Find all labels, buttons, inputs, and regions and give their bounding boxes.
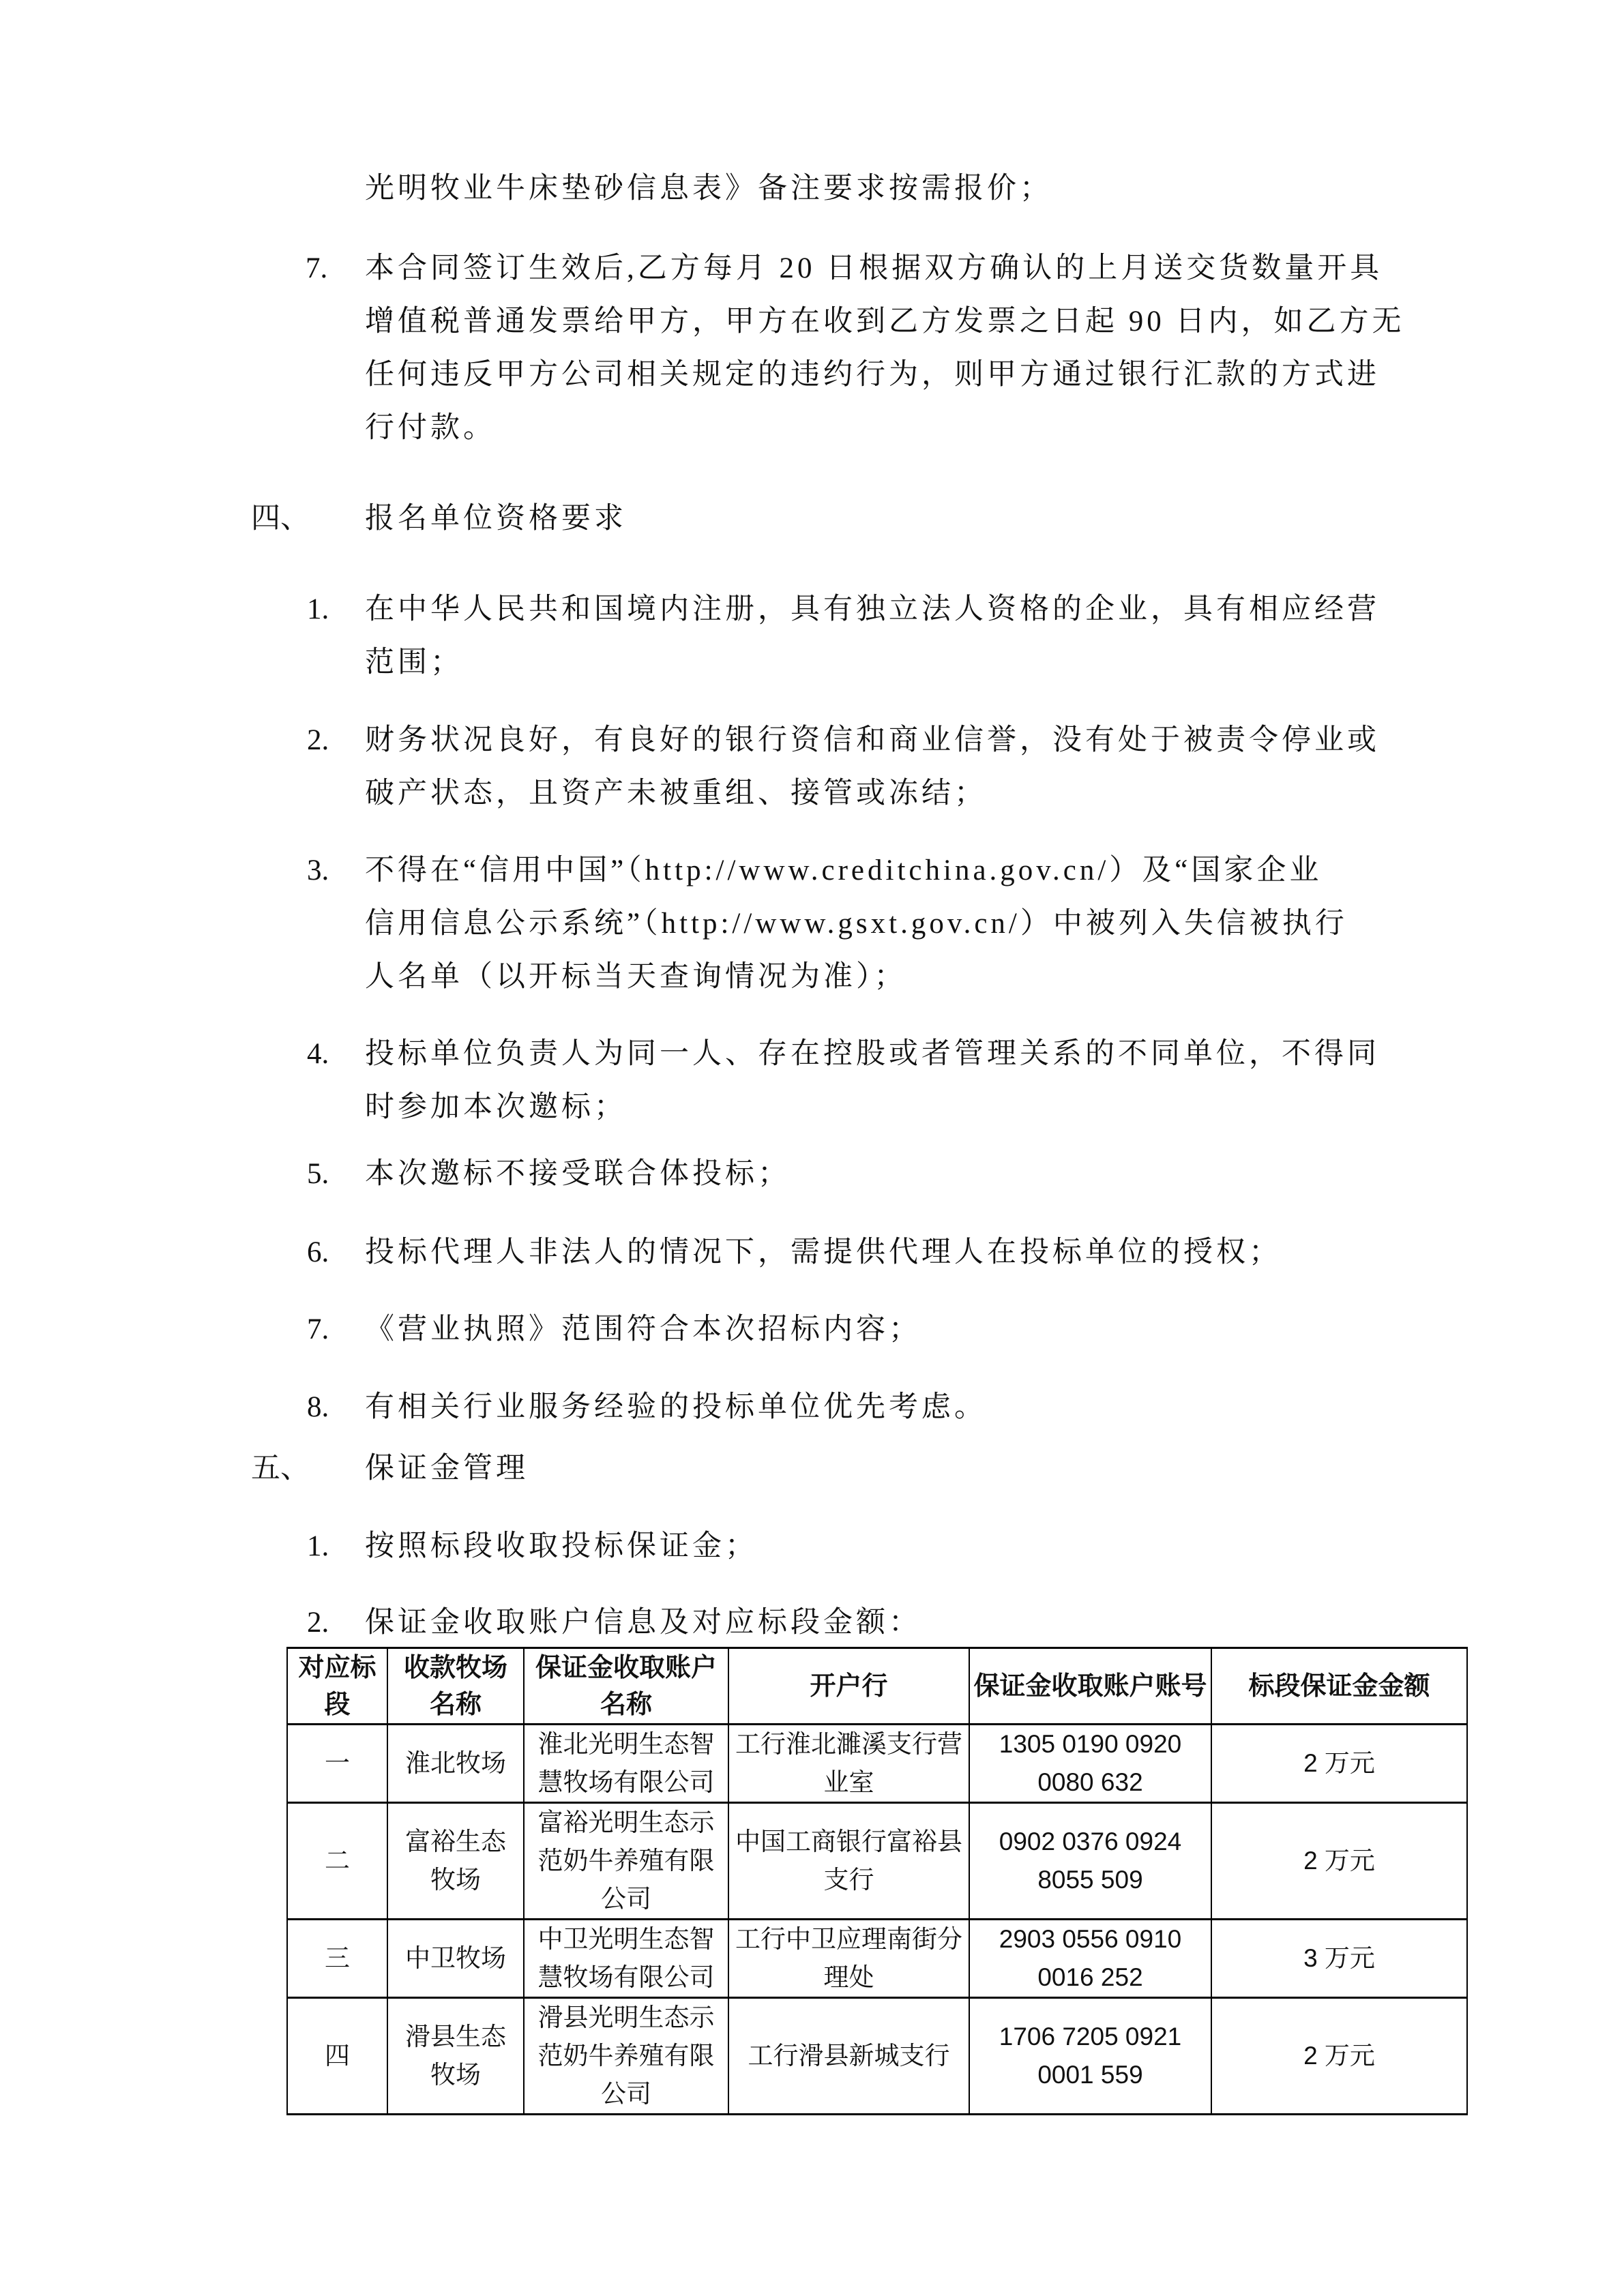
deposit-table: 对应标 段 收款牧场 名称 保证金收取账户 名称 开户行 保证金收取账户账号 标… bbox=[286, 1647, 1468, 2115]
document-page: 光明牧业牛床垫砂信息表》备注要求按需报价； 7. 本合同签订生效后,乙方每月 2… bbox=[0, 0, 1624, 2296]
s4-item-3-line-2: 信用信息公示系统”（http://www.gsxt.gov.cn/）中被列入失信… bbox=[365, 906, 1348, 942]
s4-item-6-marker: 6. bbox=[307, 1235, 329, 1270]
header-farm-name: 收款牧场 名称 bbox=[387, 1648, 524, 1725]
s4-item-2-line-1: 财务状况良好，有良好的银行资信和商业信誉，没有处于被责令停业或 bbox=[365, 723, 1380, 758]
s4-item-5-marker: 5. bbox=[307, 1157, 329, 1192]
header-segment: 对应标 段 bbox=[287, 1648, 387, 1725]
s4-item-1-line-2: 范围； bbox=[365, 645, 463, 681]
s4-item-3-line-1: 不得在“信用中国”（http://www.creditchina.gov.cn/… bbox=[365, 853, 1322, 889]
s5-item-2-line-1: 保证金收取账户信息及对应标段金额： bbox=[365, 1605, 921, 1641]
s4-item-6-line-1: 投标代理人非法人的情况下，需提供代理人在投标单位的授权； bbox=[365, 1235, 1282, 1270]
cell-account-name: 中卫光明生态智 慧牧场有限公司 bbox=[524, 1920, 728, 1998]
cell-segment: 三 bbox=[287, 1920, 387, 1998]
s4-item-8-line-1: 有相关行业服务经验的投标单位优先考虑。 bbox=[365, 1390, 987, 1425]
header-bank: 开户行 bbox=[728, 1648, 969, 1725]
cell-account-number: 2903 0556 0910 0016 252 bbox=[969, 1920, 1211, 1998]
header-account-number: 保证金收取账户账号 bbox=[969, 1648, 1211, 1725]
s4-item-2-marker: 2. bbox=[307, 723, 329, 758]
s5-item-2-marker: 2. bbox=[307, 1605, 329, 1641]
s4-item-3-line-3: 人名单（以开标当天查询情况为准）； bbox=[365, 959, 907, 995]
section-5-marker: 五、 bbox=[251, 1451, 310, 1487]
s4-item-1-line-1: 在中华人民共和国境内注册，具有独立法人资格的企业，具有相应经营 bbox=[365, 592, 1380, 627]
cell-deposit-amount: 2 万元 bbox=[1211, 1725, 1467, 1803]
s4-item-5-line-1: 本次邀标不接受联合体投标； bbox=[365, 1157, 791, 1192]
cell-deposit-amount: 3 万元 bbox=[1211, 1920, 1467, 1998]
table-row-3: 三 中卫牧场 中卫光明生态智 慧牧场有限公司 工行中卫应理南街分 理处 2903… bbox=[287, 1920, 1467, 1998]
cell-farm-name: 淮北牧场 bbox=[387, 1725, 524, 1803]
s4-item-2-line-2: 破产状态，且资产未被重组、接管或冻结； bbox=[365, 776, 987, 811]
cell-account-number: 1706 7205 0921 0001 559 bbox=[969, 1998, 1211, 2115]
s4-item-4-line-2: 时参加本次邀标； bbox=[365, 1090, 627, 1125]
item-7-line-3: 任何违反甲方公司相关规定的违约行为，则甲方通过银行汇款的方式进 bbox=[365, 357, 1380, 393]
s5-item-1-line-1: 按照标段收取投标保证金； bbox=[365, 1529, 758, 1564]
cell-farm-name: 富裕生态 牧场 bbox=[387, 1803, 524, 1920]
header-account-name: 保证金收取账户 名称 bbox=[524, 1648, 728, 1725]
s4-item-8-marker: 8. bbox=[307, 1390, 329, 1425]
item-7-line-4: 行付款。 bbox=[365, 411, 496, 446]
s4-item-4-marker: 4. bbox=[307, 1037, 329, 1072]
item-7-line-2: 增值税普通发票给甲方，甲方在收到乙方发票之日起 90 日内，如乙方无 bbox=[365, 304, 1405, 340]
item-7-line-1: 本合同签订生效后,乙方每月 20 日根据双方确认的上月送交货数量开具 bbox=[365, 251, 1383, 286]
table-row-2: 二 富裕生态 牧场 富裕光明生态示 范奶牛养殖有限 公司 中国工商银行富裕县 支… bbox=[287, 1803, 1467, 1920]
cell-segment: 二 bbox=[287, 1803, 387, 1920]
s4-item-1-marker: 1. bbox=[307, 592, 329, 627]
cell-bank: 工行滑县新城支行 bbox=[728, 1998, 969, 2115]
cell-bank: 工行中卫应理南街分 理处 bbox=[728, 1920, 969, 1998]
s4-item-4-line-1: 投标单位负责人为同一人、存在控股或者管理关系的不同单位，不得同 bbox=[365, 1037, 1380, 1072]
cell-account-name: 富裕光明生态示 范奶牛养殖有限 公司 bbox=[524, 1803, 728, 1920]
item-7-marker: 7. bbox=[306, 251, 327, 286]
intro-continuation-line: 光明牧业牛床垫砂信息表》备注要求按需报价； bbox=[365, 171, 1052, 207]
cell-account-name: 滑县光明生态示 范奶牛养殖有限 公司 bbox=[524, 1998, 728, 2115]
cell-bank: 中国工商银行富裕县 支行 bbox=[728, 1803, 969, 1920]
section-4-marker: 四、 bbox=[251, 501, 310, 537]
cell-segment: 四 bbox=[287, 1998, 387, 2115]
s5-item-1-marker: 1. bbox=[307, 1529, 329, 1564]
table-header-row: 对应标 段 收款牧场 名称 保证金收取账户 名称 开户行 保证金收取账户账号 标… bbox=[287, 1648, 1467, 1725]
cell-segment: 一 bbox=[287, 1725, 387, 1803]
cell-farm-name: 中卫牧场 bbox=[387, 1920, 524, 1998]
s4-item-7-marker: 7. bbox=[307, 1312, 329, 1347]
cell-farm-name: 滑县生态 牧场 bbox=[387, 1998, 524, 2115]
cell-account-number: 1305 0190 0920 0080 632 bbox=[969, 1725, 1211, 1803]
s4-item-7-line-1: 《营业执照》范围符合本次招标内容； bbox=[365, 1312, 921, 1347]
cell-deposit-amount: 2 万元 bbox=[1211, 1998, 1467, 2115]
header-deposit-amount: 标段保证金金额 bbox=[1211, 1648, 1467, 1725]
cell-deposit-amount: 2 万元 bbox=[1211, 1803, 1467, 1920]
cell-account-name: 淮北光明生态智 慧牧场有限公司 bbox=[524, 1725, 728, 1803]
s4-item-3-marker: 3. bbox=[307, 853, 329, 889]
table-row-4: 四 滑县生态 牧场 滑县光明生态示 范奶牛养殖有限 公司 工行滑县新城支行 17… bbox=[287, 1998, 1467, 2115]
cell-bank: 工行淮北濉溪支行营 业室 bbox=[728, 1725, 969, 1803]
section-5-title: 保证金管理 bbox=[365, 1451, 529, 1487]
cell-account-number: 0902 0376 0924 8055 509 bbox=[969, 1803, 1211, 1920]
section-4-title: 报名单位资格要求 bbox=[365, 501, 627, 537]
table-row-1: 一 淮北牧场 淮北光明生态智 慧牧场有限公司 工行淮北濉溪支行营 业室 1305… bbox=[287, 1725, 1467, 1803]
